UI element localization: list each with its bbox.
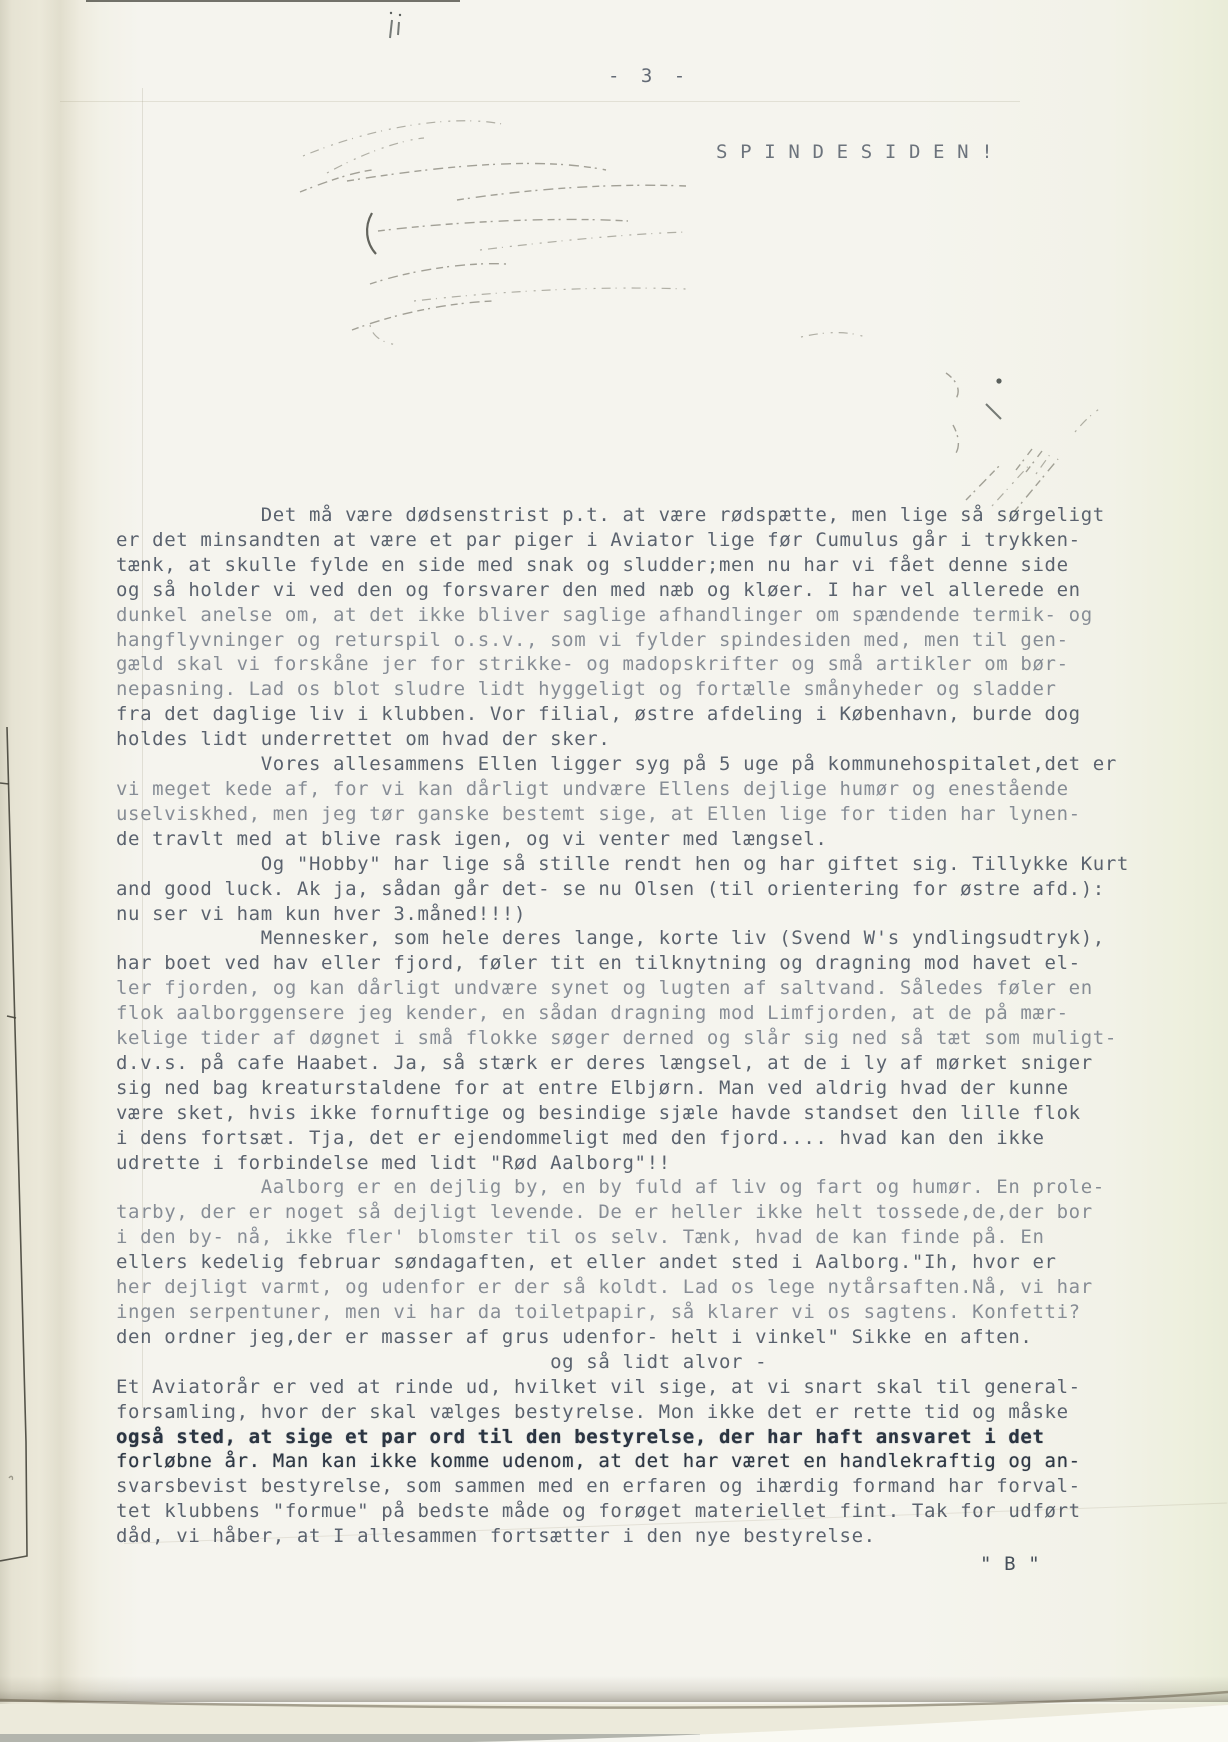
text-line: Et Aviatorår er ved at rinde ud, hvilket… xyxy=(116,1375,1129,1400)
text-line: tarby, der er noget så dejligt levende. … xyxy=(116,1200,1129,1225)
text-line: hangflyvninger og returspil o.s.v., som … xyxy=(116,628,1129,653)
text-line: de travlt med at blive rask igen, og vi … xyxy=(116,827,1129,852)
text-line: forløbne år. Man kan ikke komme udenom, … xyxy=(116,1449,1129,1474)
text-line: fra det daglige liv i klubben. Vor filia… xyxy=(116,702,1129,727)
text-line: gæld skal vi forskåne jer for strikke- o… xyxy=(116,652,1129,677)
text-line: her dejligt varmt, og udenfor er der så … xyxy=(116,1275,1129,1300)
text-line: udrette i forbindelse med lidt "Rød Aalb… xyxy=(116,1151,1129,1176)
text-line: Aalborg er en dejlig by, en by fuld af l… xyxy=(116,1175,1129,1200)
text-line: dåd, vi håber, at I allesammen fortsætte… xyxy=(116,1524,1129,1549)
text-line: og så holder vi ved den og forsvarer den… xyxy=(116,578,1129,603)
text-line: ingen serpentuner, men vi har da toiletp… xyxy=(116,1300,1129,1325)
text-line: flok aalborggensere jeg kender, en sådan… xyxy=(116,1001,1129,1026)
text-line: vi meget kede af, for vi kan dårligt und… xyxy=(116,777,1129,802)
text-line: ellers kedelig februar søndagaften, et e… xyxy=(116,1250,1129,1275)
text-line: være sket, hvis ikke fornuftige og besin… xyxy=(116,1101,1129,1126)
text-line: Og "Hobby" har lige så stille rendt hen … xyxy=(116,852,1129,877)
text-line: and good luck. Ak ja, sådan går det- se … xyxy=(116,877,1129,902)
page-number: - 3 - xyxy=(608,65,690,87)
text-line: dunkel anelse om, at det ikke bliver sag… xyxy=(116,603,1129,628)
signature: " B " xyxy=(980,1553,1040,1575)
text-line: er det minsandten at være et par piger i… xyxy=(116,528,1129,553)
text-line: uselviskhed, men jeg tør ganske bestemt … xyxy=(116,802,1129,827)
scanner-background-strip xyxy=(0,1734,700,1742)
text-line: nu ser vi ham kun hver 3.måned!!!) xyxy=(116,902,1129,927)
text-line: i dens fortsæt. Tja, det er ejendommelig… xyxy=(116,1126,1129,1151)
text-line: sig ned bag kreaturstaldene for at entre… xyxy=(116,1076,1129,1101)
text-line: d.v.s. på cafe Haabet. Ja, så stærk er d… xyxy=(116,1051,1129,1076)
page-title: S P I N D E S I D E N ! xyxy=(716,141,993,163)
text-line: kelige tider af døgnet i små flokke søge… xyxy=(116,1026,1129,1051)
text-line: Mennesker, som hele deres lange, korte l… xyxy=(116,926,1129,951)
text-line: har boet ved hav eller fjord, føler tit … xyxy=(116,951,1129,976)
text-line: forsamling, hvor der skal vælges bestyre… xyxy=(116,1400,1129,1425)
body-text: Det må være dødsenstrist p.t. at være rø… xyxy=(116,503,1129,1549)
text-line: Det må være dødsenstrist p.t. at være rø… xyxy=(116,503,1129,528)
text-line: tet klubbens "formue" på bedste måde og … xyxy=(116,1499,1129,1524)
text-line: tænk, at skulle fylde en side med snak o… xyxy=(116,553,1129,578)
paper-crease xyxy=(60,101,1020,102)
text-line: den ordner jeg,der er masser af grus ude… xyxy=(116,1325,1129,1350)
page-top-edge xyxy=(86,0,460,2)
bottom-fold-shadow xyxy=(0,1676,1228,1702)
text-line: svarsbevist bestyrelse, som sammen med e… xyxy=(116,1474,1129,1499)
text-line: ler fjorden, og kan dårligt undvære syne… xyxy=(116,976,1129,1001)
scanned-newsletter-page: - 3 - S P I N D E S I D E N ! Det må vær… xyxy=(0,0,1228,1742)
text-line: og så lidt alvor - xyxy=(116,1350,1129,1375)
text-line: nepasning. Lad os blot sludre lidt hygge… xyxy=(116,677,1129,702)
text-line: Vores allesammens Ellen ligger syg på 5 … xyxy=(116,752,1129,777)
text-line: holdes lidt underrettet om hvad der sker… xyxy=(116,727,1129,752)
text-line: også sted, at sige et par ord til den be… xyxy=(116,1425,1129,1450)
text-line: i den by- nå, ikke fler' blomster til os… xyxy=(116,1225,1129,1250)
